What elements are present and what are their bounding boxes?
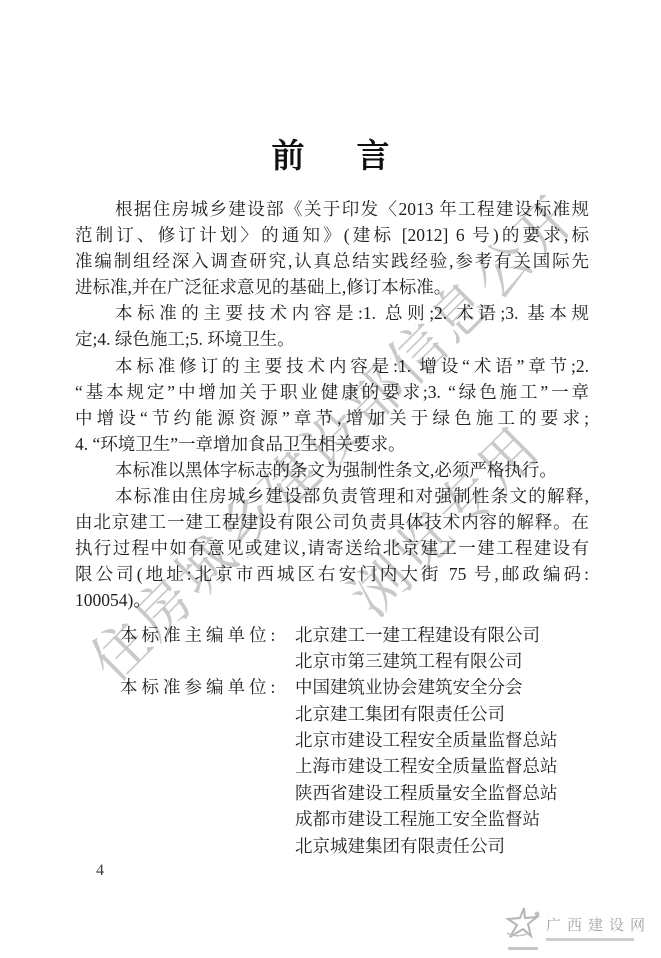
logo-star-caption-bar <box>508 947 538 950</box>
unit-row: 北京建工集团有限责任公司 <box>75 701 589 727</box>
body-paragraph-line: 准编制组经深入调查研究,认真总结实践经验,参考有关国际先 <box>75 248 589 274</box>
unit-label: 本标准参编单位: <box>120 674 295 700</box>
page-title-char-2: 言 <box>357 130 390 177</box>
unit-row: 北京市建设工程安全质量监督总站 <box>75 727 589 753</box>
body-paragraph-line: 执行过程中如有意见或建议,请寄送给北京建工一建工程建设有 <box>75 535 589 561</box>
unit-value: 上海市建设工程安全质量监督总站 <box>295 753 558 779</box>
unit-value: 北京市第三建筑工程有限公司 <box>295 648 523 674</box>
page-title: 前 言 <box>0 130 661 177</box>
document-page: 住房城乡建设部信息公开 浏览专用 前 言 根据住房城乡建设部《关于印发〈2013… <box>0 0 661 958</box>
body-paragraph-line: 中增设“节约能源资源”章节,增加关于绿色施工的要求; <box>75 405 589 431</box>
unit-value: 北京城建集团有限责任公司 <box>295 833 505 859</box>
body-paragraph-line: 进标准,并在广泛征求意见的基础上,修订本标准。 <box>75 274 589 300</box>
unit-value: 北京建工集团有限责任公司 <box>295 701 505 727</box>
unit-row: 北京市第三建筑工程有限公司 <box>75 648 589 674</box>
unit-label <box>120 780 295 806</box>
unit-value: 北京建工一建工程建设有限公司 <box>295 622 540 648</box>
body-paragraph-line: 本标准以黑体字标志的条文为强制性条文,必须严格执行。 <box>75 457 589 483</box>
logo-star-block <box>504 906 542 950</box>
body-paragraph-line: 由北京建工一建工程建设有限公司负责具体技术内容的解释。在 <box>75 509 589 535</box>
unit-value: 中国建筑业协会建筑安全分会 <box>295 674 523 700</box>
star-icon <box>504 906 542 945</box>
unit-value: 陕西省建设工程质量安全监督总站 <box>295 780 558 806</box>
body-paragraph-line: 本标准的主要技术内容是:1. 总则;2. 术语;3. 基本规 <box>75 300 589 326</box>
unit-label <box>120 727 295 753</box>
unit-row: 本标准主编单位: 北京建工一建工程建设有限公司 <box>75 622 589 648</box>
unit-label <box>120 833 295 859</box>
body-paragraph-line: 限公司(地址:北京市西城区右安门内大街 75 号,邮政编码: <box>75 561 589 587</box>
unit-row: 本标准参编单位: 中国建筑业协会建筑安全分会 <box>75 674 589 700</box>
body-paragraph-line: 100054)。 <box>75 587 589 613</box>
preface-text-block: 根据住房城乡建设部《关于印发〈2013 年工程建设标准规 范制订、修订计划〉的通… <box>75 196 589 859</box>
body-paragraph-line: “基本规定”中增加关于职业健康的要求;3. “绿色施工”一章 <box>75 379 589 405</box>
logo-tagline-bar <box>546 938 634 941</box>
body-paragraph-line: 根据住房城乡建设部《关于印发〈2013 年工程建设标准规 <box>75 196 589 222</box>
unit-row: 成都市建设工程施工安全监督站 <box>75 806 589 832</box>
unit-label <box>120 648 295 674</box>
page-number: 4 <box>96 862 104 880</box>
page-title-char-1: 前 <box>272 130 305 177</box>
unit-label <box>120 753 295 779</box>
unit-label <box>120 701 295 727</box>
site-logo: 广西建设网 <box>504 906 651 950</box>
unit-row: 上海市建设工程安全质量监督总站 <box>75 753 589 779</box>
logo-site-name: 广西建设网 <box>546 914 651 935</box>
units-list: 本标准主编单位: 北京建工一建工程建设有限公司 北京市第三建筑工程有限公司 本标… <box>75 622 589 860</box>
body-paragraph-line: 定;4. 绿色施工;5. 环境卫生。 <box>75 326 589 352</box>
body-paragraph-line: 4. “环境卫生”一章增加食品卫生相关要求。 <box>75 431 589 457</box>
unit-label <box>120 806 295 832</box>
unit-value: 北京市建设工程安全质量监督总站 <box>295 727 558 753</box>
body-paragraph-line: 本标准修订的主要技术内容是:1. 增设“术语”章节;2. <box>75 353 589 379</box>
body-paragraph-line: 范制订、修订计划〉的通知》(建标 [2012] 6 号)的要求,标 <box>75 222 589 248</box>
body-paragraph-line: 本标准由住房城乡建设部负责管理和对强制性条文的解释, <box>75 483 589 509</box>
unit-label: 本标准主编单位: <box>120 622 295 648</box>
unit-row: 陕西省建设工程质量安全监督总站 <box>75 780 589 806</box>
unit-value: 成都市建设工程施工安全监督站 <box>295 806 540 832</box>
unit-row: 北京城建集团有限责任公司 <box>75 833 589 859</box>
